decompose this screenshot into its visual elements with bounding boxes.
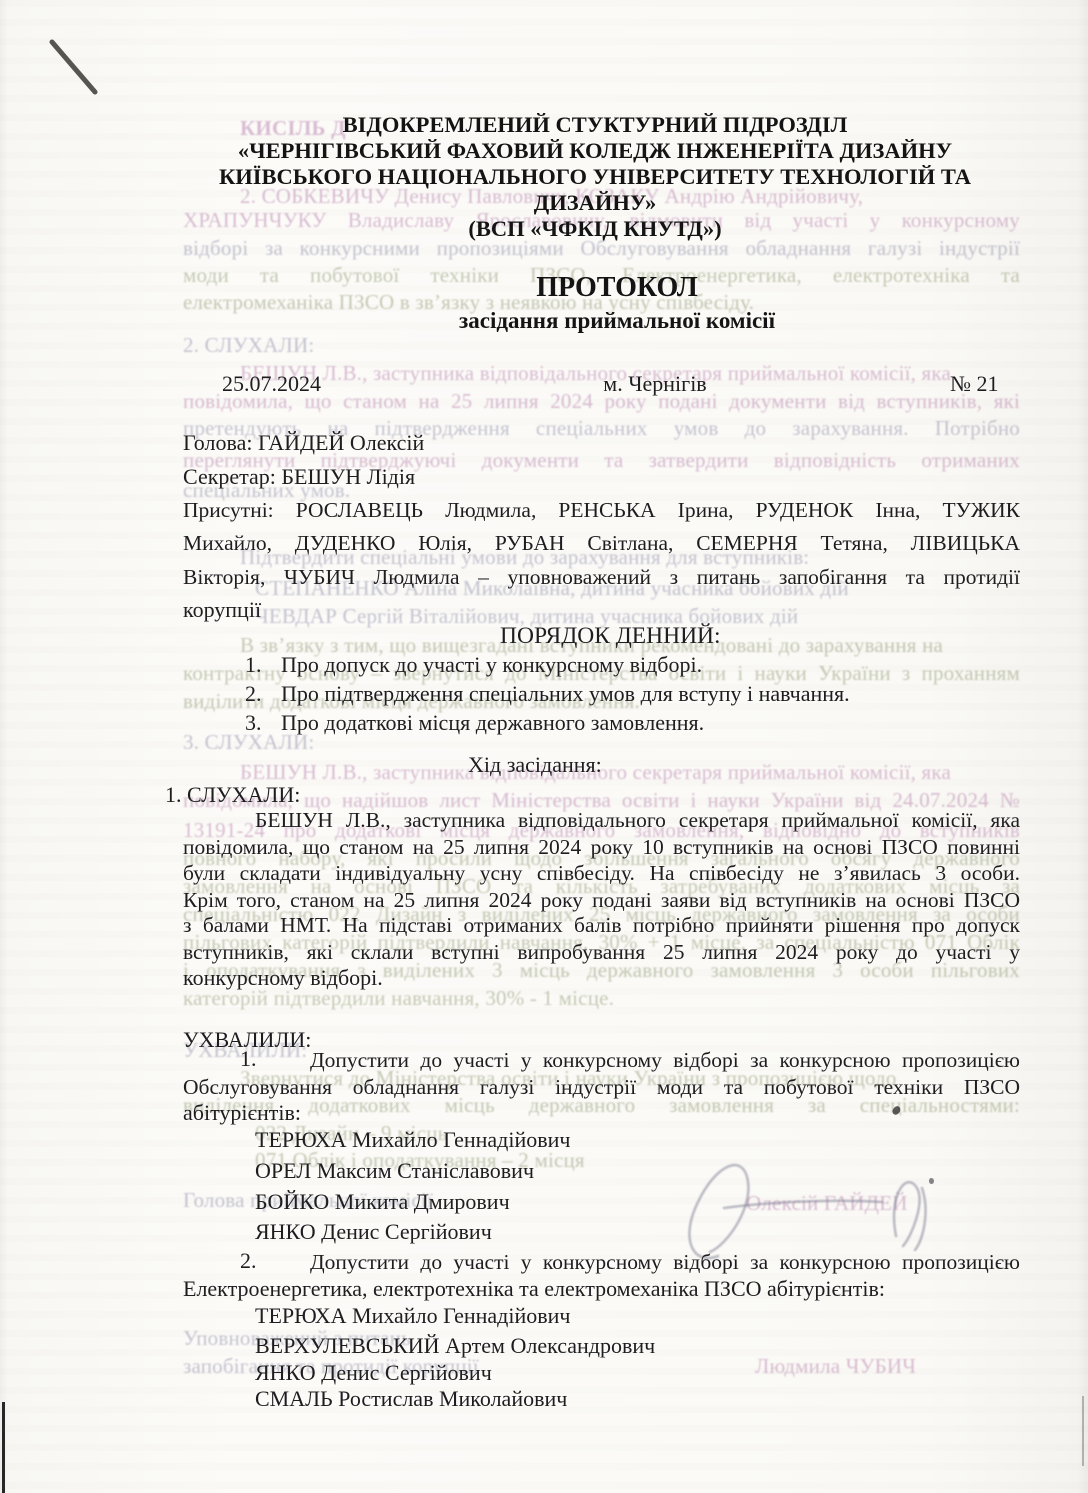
document-date: 25.07.2024: [222, 370, 321, 398]
resolution-item-line: абітурієнтів:: [183, 1099, 301, 1127]
document-place: м. Чернігів: [555, 370, 755, 398]
heard-1-line: з балами НМТ. На підставі отриманих балі…: [183, 911, 1020, 941]
proceedings-title: Хід засідання:: [468, 751, 602, 779]
agenda-item-number: 3.: [245, 709, 281, 737]
admitted-name: ОРЕЛ Максим Станіславович: [255, 1157, 534, 1185]
letterhead: ВІДОКРЕМЛЕНИЙ СТУКТУРНИЙ ПІДРОЗДІЛ «ЧЕРН…: [160, 112, 1030, 242]
pen-mark: [40, 30, 110, 105]
letterhead-line: «ЧЕРНІГІВСЬКИЙ ФАХОВИЙ КОЛЕДЖ ІНЖЕНЕРІЇТ…: [160, 138, 1030, 164]
heard-1-line: були складати індивідуальну усну співбес…: [183, 859, 1020, 889]
agenda-item: 3.Про додаткові місця державного замовле…: [245, 709, 704, 737]
document-title: ПРОТОКОЛ: [183, 272, 1051, 304]
resolution-item-line: Допустити до участі у конкурсному відбор…: [310, 1248, 1020, 1278]
agenda-item: 1.Про допуск до участі у конкурсному від…: [245, 651, 702, 679]
document-subtitle: засідання приймальної комісії: [183, 308, 1051, 334]
agenda-item-text: Про підтвердження спеціальних умов для в…: [281, 681, 850, 706]
agenda-item-text: Про допуск до участі у конкурсному відбо…: [281, 652, 702, 677]
scan-edge-artifact: [2, 1402, 5, 1493]
admitted-name: СМАЛЬ Ростислав Миколайович: [255, 1385, 567, 1413]
admitted-name: БОЙКО Микита Дмирович: [255, 1188, 510, 1216]
agenda-title: ПОРЯДОК ДЕННИЙ:: [500, 622, 721, 650]
present-line: Присутні: РОСЛАВЕЦЬ Людмила, РЕНСЬКА Іри…: [183, 496, 1020, 526]
ink-speck: [929, 1178, 934, 1184]
heard-1-line: конкурсному відборі.: [183, 964, 383, 992]
resolution-item-line: Електроенергетика, електротехніка та еле…: [183, 1275, 885, 1303]
main-text-layer: ВІДОКРЕМЛЕНИЙ СТУКТУРНИЙ ПІДРОЗДІЛ «ЧЕРН…: [0, 0, 1088, 1493]
agenda-item-number: 2.: [245, 680, 281, 708]
scan-edge-artifact: [1082, 1396, 1084, 1466]
letterhead-line: КИЇВСЬКОГО НАЦІОНАЛЬНОГО УНІВЕРСИТЕТУ ТЕ…: [160, 164, 1030, 190]
letterhead-line: (ВСП «ЧФКІД КНУТД»): [160, 216, 1030, 242]
agenda-item-text: Про додаткові місця державного замовленн…: [281, 710, 704, 735]
heard-1-label: 1. СЛУХАЛИ:: [165, 781, 300, 809]
resolution-item-number: 2.: [240, 1248, 257, 1274]
letterhead-line: ВІДОКРЕМЛЕНИЙ СТУКТУРНИЙ ПІДРОЗДІЛ: [160, 112, 1030, 138]
present-line: Михайло, ДУДЕНКО Юлія, РУБАН Світлана, С…: [183, 529, 1020, 559]
document-number: № 21: [950, 370, 999, 398]
admitted-name: ВЕРХУЛЕВСЬКИЙ Артем Олександрович: [255, 1332, 655, 1360]
letterhead-line: ДИЗАЙНУ»: [160, 190, 1030, 216]
heard-1-line: БЕШУН Л.В., заступника відповідального с…: [255, 806, 1020, 836]
agenda-item: 2.Про підтвердження спеціальних умов для…: [245, 680, 850, 708]
chair-line: Голова: ГАЙДЕЙ Олексій: [183, 429, 424, 457]
present-line: Вікторія, ЧУБИЧ Людмила – уповноважений …: [183, 563, 1020, 593]
resolution-item-line: Обслуговування обладнання галузі індустр…: [183, 1073, 1020, 1103]
secretary-line: Секретар: БЕШУН Лідія: [183, 463, 415, 491]
agenda-item-number: 1.: [245, 651, 281, 679]
admitted-name: ЯНКО Денис Сергійович: [255, 1359, 492, 1387]
admitted-name: ТЕРЮХА Михайло Геннадійович: [255, 1126, 571, 1154]
scanned-protocol-document: КИСІЛЬ Д 2. СОБКЕВИЧУ Денису Павловичу, …: [0, 0, 1088, 1493]
resolution-item-number: 1.: [240, 1046, 257, 1072]
admitted-name: ЯНКО Денис Сергійович: [255, 1218, 492, 1246]
present-line: корупції: [183, 596, 261, 624]
resolution-item-line: Допустити до участі у конкурсному відбор…: [310, 1046, 1020, 1076]
admitted-name: ТЕРЮХА Михайло Геннадійович: [255, 1302, 571, 1330]
